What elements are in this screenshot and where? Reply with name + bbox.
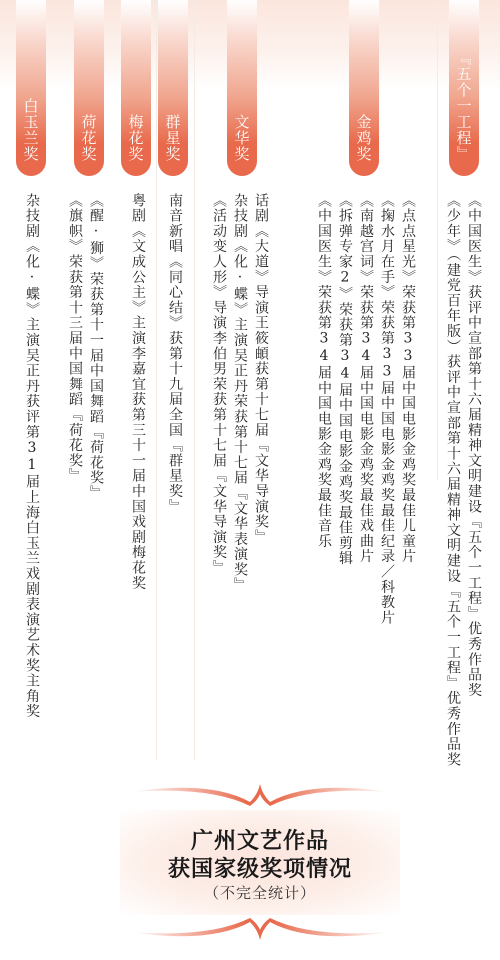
award-tab-jinji: 金鸡奖 — [349, 0, 379, 176]
award-entry: 南音新唱《同心结》获第十九届全国『群星奖』 — [164, 193, 185, 514]
title-subtitle: （不完全统计） — [120, 882, 400, 903]
award-entries-meihua: 粤剧《文成公主》主演李嘉宜获第三十一届中国戏剧梅花奖 — [127, 193, 148, 591]
ornament-swirl-bottom-icon — [120, 918, 400, 944]
award-entry: 《旗帜》荣获第十三届中国舞蹈『荷花奖』 — [64, 193, 85, 501]
award-label: 荷花奖 — [74, 114, 104, 162]
award-entry: 《中国医生》荣获第34届中国电影金鸡奖最佳音乐 — [313, 193, 334, 625]
award-entry: 《醒·狮》荣获第十一届中国舞蹈『荷花奖』 — [85, 193, 106, 501]
award-tab-wuge-yi-gongcheng: 『五个一工程』 — [449, 0, 479, 176]
award-entry: 《南越宫词》荣获第34届中国电影金鸡奖最佳戏曲片 — [355, 193, 376, 625]
title-cartouche: 广州文艺作品 获国家级奖项情况 （不完全统计） — [120, 780, 400, 940]
award-entries-baiyulan: 杂技剧《化·蝶》主演吴正丹获评第31届上海白玉兰戏剧表演艺术奖主角奖 — [21, 193, 42, 719]
award-tab-baiyulan: 白玉兰奖 — [16, 0, 46, 176]
award-entry: 杂技剧《化·蝶》主演吴正丹获评第31届上海白玉兰戏剧表演艺术奖主角奖 — [21, 193, 42, 719]
award-entries-jinji: 《点点星光》荣获第33届中国电影金鸡奖最佳儿童片 《掬水月在手》荣获第33届中国… — [313, 193, 418, 625]
column-divider — [437, 0, 438, 480]
award-tab-qunxing: 群星奖 — [158, 0, 188, 176]
title-line-1: 广州文艺作品 — [120, 824, 400, 855]
award-label: 白玉兰奖 — [16, 98, 46, 162]
award-tab-wenhua: 文华奖 — [227, 0, 257, 176]
ornament-swirl-top-icon — [120, 780, 400, 806]
award-entries-hehua: 《醒·狮》荣获第十一届中国舞蹈『荷花奖』 《旗帜》荣获第十三届中国舞蹈『荷花奖』 — [64, 193, 106, 501]
award-entry: 《中国医生》获评中宣部第十六届精神文明建设『五个一工程』优秀作品奖 — [463, 193, 484, 767]
award-label: 金鸡奖 — [349, 114, 379, 162]
award-entry: 杂技剧《化·蝶》主演吴正丹荣获第十七届『文华表演奖』 — [229, 193, 250, 593]
award-label: 群星奖 — [158, 114, 188, 162]
column-divider — [156, 0, 157, 760]
award-entries-wenhua: 话剧《大道》导演王筱頔获第十七届『文华导演奖』 杂技剧《化·蝶》主演吴正丹荣获第… — [208, 193, 271, 593]
award-entry: 《活动变人形》导演李伯男荣获第十七届『文华导演奖』 — [208, 193, 229, 593]
title-line-2: 获国家级奖项情况 — [120, 852, 400, 883]
award-entry: 《少年》（建党百年版）获评中宣部第十六届精神文明建设『五个一工程』优秀作品奖 — [442, 193, 463, 767]
award-label: 『五个一工程』 — [449, 50, 479, 162]
award-entry: 粤剧《文成公主》主演李嘉宜获第三十一届中国戏剧梅花奖 — [127, 193, 148, 591]
award-entry: 《掬水月在手》荣获第33届中国电影金鸡奖最佳纪录／科教片 — [376, 193, 397, 625]
award-entry: 《拆弹专家2》荣获第34届中国电影金鸡奖最佳剪辑 — [334, 193, 355, 625]
column-divider — [194, 0, 195, 760]
award-tab-meihua: 梅花奖 — [121, 0, 151, 176]
award-entry: 《点点星光》荣获第33届中国电影金鸡奖最佳儿童片 — [397, 193, 418, 625]
award-tab-hehua: 荷花奖 — [74, 0, 104, 176]
award-entries-wuge-yi-gongcheng: 《中国医生》获评中宣部第十六届精神文明建设『五个一工程』优秀作品奖 《少年》（建… — [442, 193, 484, 767]
award-entry: 话剧《大道》导演王筱頔获第十七届『文华导演奖』 — [250, 193, 271, 593]
award-entries-qunxing: 南音新唱《同心结》获第十九届全国『群星奖』 — [164, 193, 185, 514]
award-label: 文华奖 — [227, 114, 257, 162]
award-label: 梅花奖 — [121, 114, 151, 162]
